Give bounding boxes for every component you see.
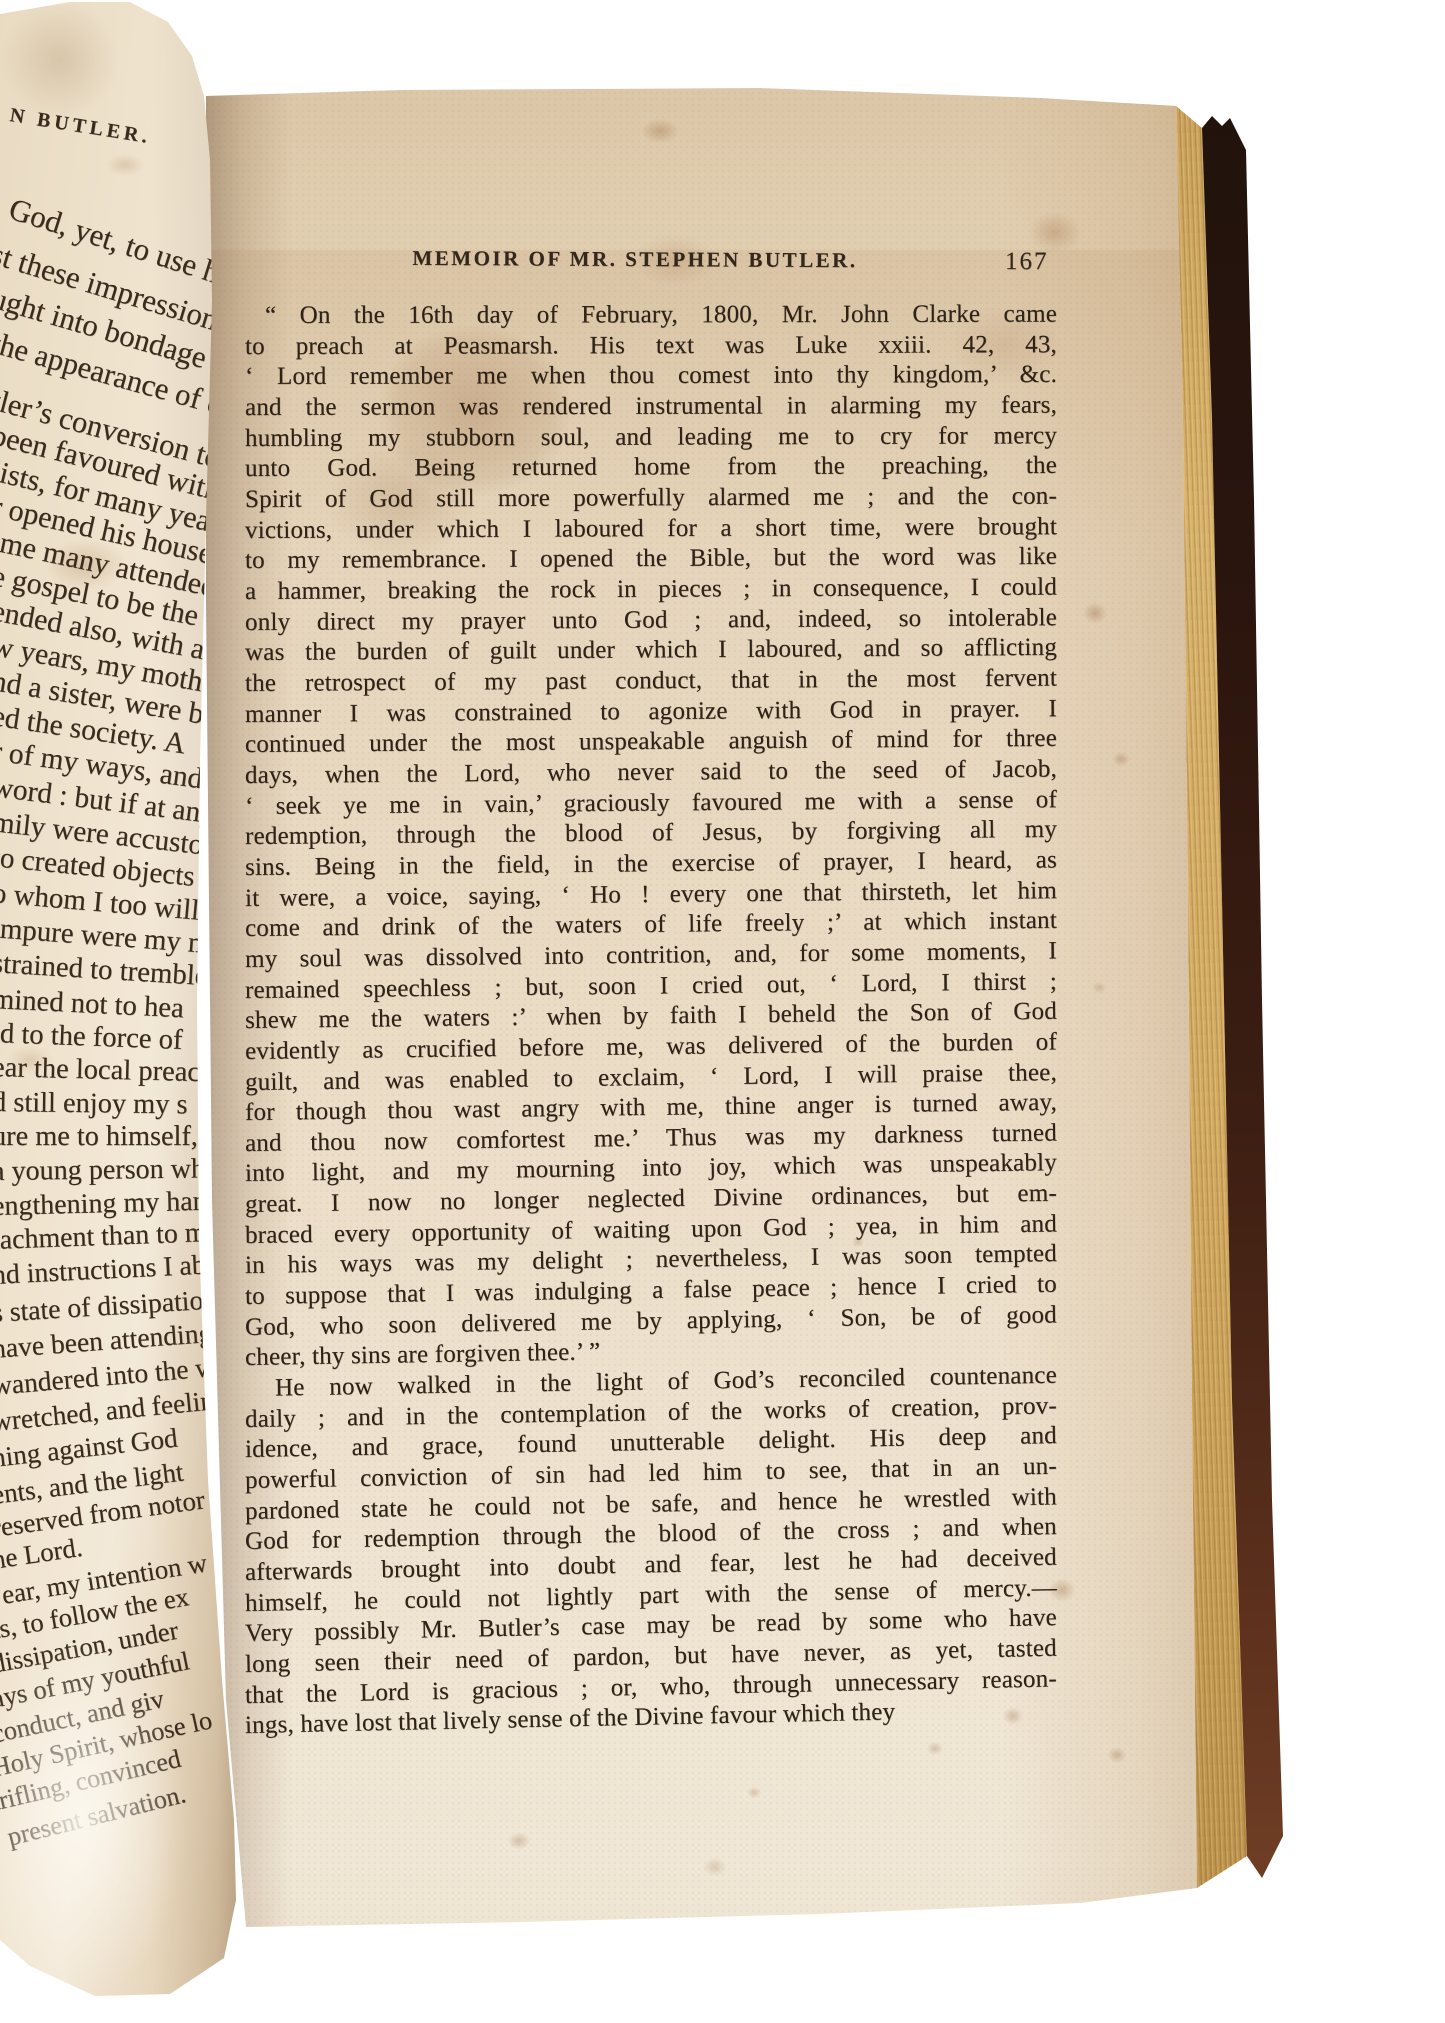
book-photo: MEMOIR OF MR. STEPHEN BUTLER. 167 “ On t… [0, 0, 1445, 2023]
paper-stain [100, 150, 150, 180]
